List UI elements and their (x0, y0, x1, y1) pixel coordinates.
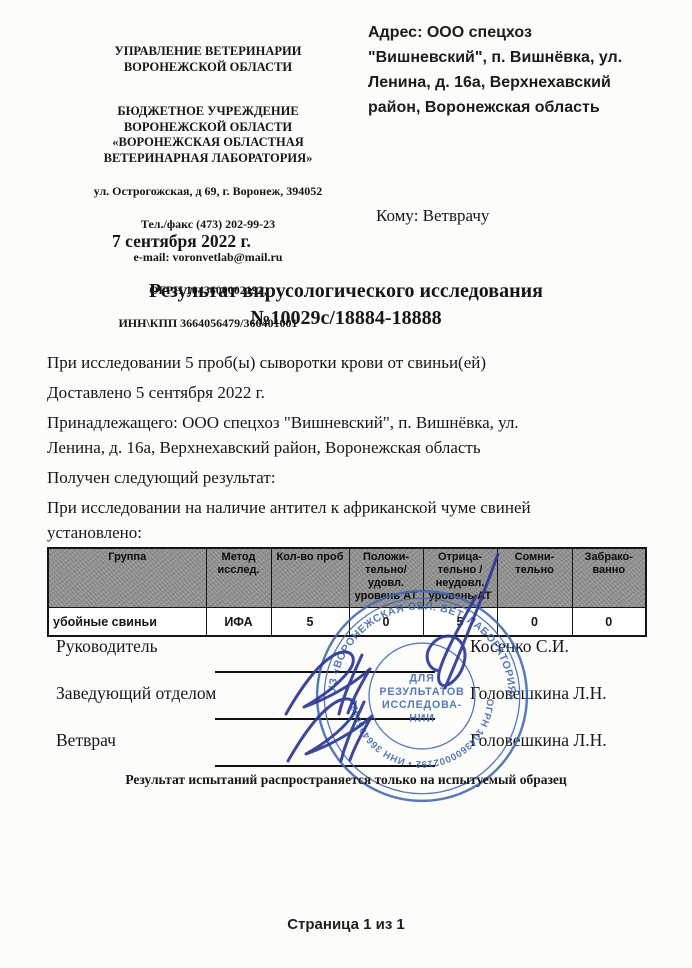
body-paragraph-owner: Принадлежащего: ООО спецхоз "Вишневский"… (47, 410, 663, 460)
recipient-to: Кому: Ветврачу (376, 206, 489, 226)
page-number: Страница 1 из 1 (0, 916, 692, 933)
letterhead-phone: Тел./факс (473) 202-99-23 (52, 217, 364, 232)
col-header-rejected: Забрако- ванно (572, 548, 646, 608)
document-page: УПРАВЛЕНИЕ ВЕТЕРИНАРИИ ВОРОНЕЖСКОЙ ОБЛАС… (0, 0, 692, 968)
body-paragraph-test-intro: При исследовании на наличие антител к аф… (47, 495, 663, 545)
recipient-address: Адрес: ООО спецхоз "Вишневский", п. Вишн… (368, 20, 670, 120)
document-date: 7 сентября 2022 г. (112, 231, 251, 252)
signature-role-director: Руководитель (56, 636, 158, 657)
col-header-method: Метод исслед. (206, 548, 271, 608)
body-paragraph-result-intro: Получен следующий результат: (47, 465, 663, 490)
col-header-group: Группа (48, 548, 206, 608)
letterhead-organization: БЮДЖЕТНОЕ УЧРЕЖДЕНИЕ ВОРОНЕЖСКОЙ ОБЛАСТИ… (52, 104, 364, 166)
stamp-center-line2: РЕЗУЛЬТАТОВ (379, 686, 464, 698)
document-title: Результат вирусологического исследования… (0, 278, 692, 332)
letterhead-email: e-mail: voronvetlab@mail.ru (52, 250, 364, 265)
document-title-line1: Результат вирусологического исследования (0, 278, 692, 305)
letterhead-department: УПРАВЛЕНИЕ ВЕТЕРИНАРИИ ВОРОНЕЖСКОЙ ОБЛАС… (52, 44, 364, 75)
stamp-center-line3: ИССЛЕДОВА- (382, 699, 462, 711)
body-paragraph-samples: При исследовании 5 проб(ы) сыворотки кро… (47, 350, 663, 375)
body-paragraph-delivered: Доставлено 5 сентября 2022 г. (47, 380, 663, 405)
cell-rejected: 0 (572, 608, 646, 637)
cell-method: ИФА (206, 608, 271, 637)
signature-role-head-of-department: Заведующий отделом (56, 683, 216, 704)
body-text: При исследовании 5 проб(ы) сыворотки кро… (47, 350, 663, 550)
letterhead-address: ул. Острогожская, д 69, г. Воронеж, 3940… (52, 184, 364, 199)
signature-role-veterinarian: Ветврач (56, 730, 116, 751)
footer-note: Результат испытаний распространяется тол… (0, 772, 692, 788)
stamp-center-line4: НИИ (409, 712, 435, 724)
cell-group: убойные свиньи (48, 608, 206, 637)
stamp-center-line1: ДЛЯ (409, 673, 434, 685)
document-number: №10029с/18884-18888 (0, 305, 692, 332)
